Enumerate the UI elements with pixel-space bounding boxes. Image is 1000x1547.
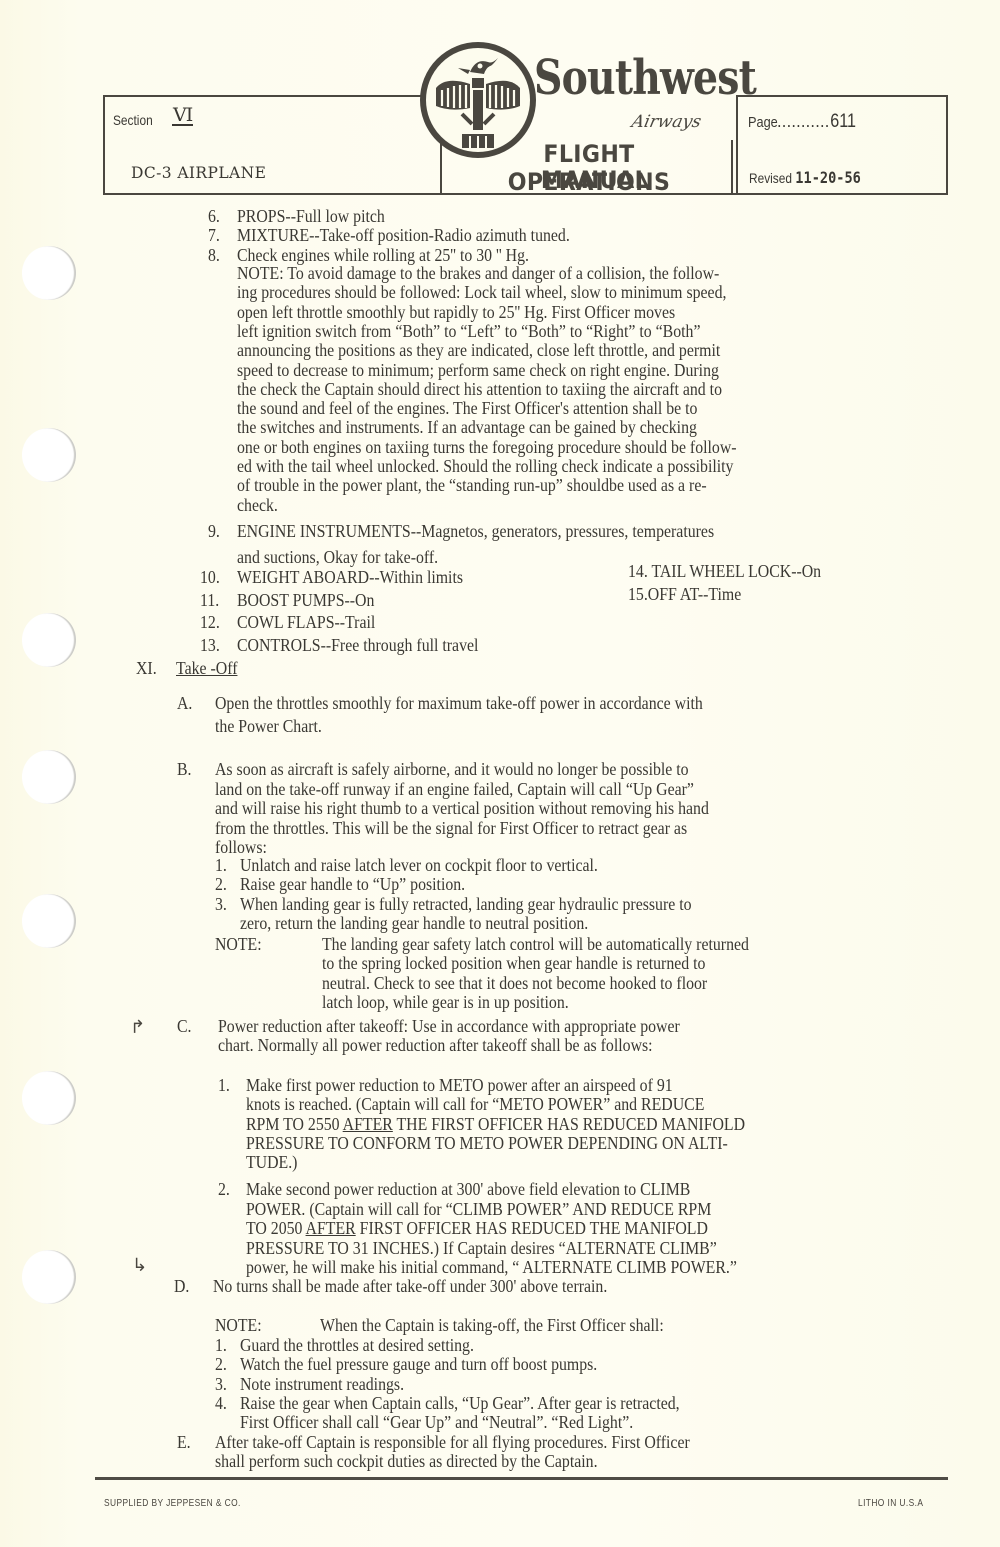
paragraph-line: Open the throttles smoothly for maximum … bbox=[215, 693, 703, 713]
checklist-note-line: ed with the tail wheel unlocked. Should … bbox=[237, 456, 733, 476]
checklist-item-number: 13. bbox=[200, 635, 220, 655]
section-number: VI bbox=[172, 106, 193, 126]
page-field: Page...........611 bbox=[748, 111, 856, 133]
step-line: Guard the throttles at desired setting. bbox=[240, 1335, 474, 1355]
step-number: 1. bbox=[215, 855, 227, 875]
checklist-item-number: 8. bbox=[208, 245, 220, 265]
paragraph-line: As soon as aircraft is safely airborne, … bbox=[215, 759, 689, 779]
step-line: Unlatch and raise latch lever on cockpit… bbox=[240, 855, 598, 875]
step-line: Watch the fuel pressure gauge and turn o… bbox=[240, 1354, 597, 1374]
paragraph-line: After take-off Captain is responsible fo… bbox=[215, 1432, 690, 1452]
checklist-item: COWL FLAPS--Trail bbox=[237, 612, 375, 632]
paragraph-letter: C. bbox=[177, 1016, 192, 1036]
brand-name: Southwest bbox=[534, 50, 756, 106]
checklist-item: 14. TAIL WHEEL LOCK--On bbox=[628, 561, 821, 581]
step-line: zero, return the landing gear handle to … bbox=[240, 913, 588, 933]
step-line: power, he will make his initial command,… bbox=[246, 1257, 737, 1277]
footer-print-note: LITHO IN U.S.A bbox=[858, 1497, 923, 1509]
step-line: First Officer shall call “Gear Up” and “… bbox=[240, 1412, 633, 1432]
paragraph-line: No turns shall be made after take-off un… bbox=[213, 1276, 607, 1296]
revision-arrow-end-icon: ↳ bbox=[132, 1255, 147, 1276]
revision-arrow-start-icon: ↱ bbox=[130, 1017, 145, 1038]
paragraph-line: land on the take-off runway if an engine… bbox=[215, 779, 694, 799]
checklist-item: Check engines while rolling at 25'' to 3… bbox=[237, 245, 529, 265]
checklist-note-line: the sound and feel of the engines. The F… bbox=[237, 398, 697, 418]
checklist-item-number: 7. bbox=[208, 225, 220, 245]
step-line: PRESSURE TO CONFORM TO METO POWER DEPEND… bbox=[246, 1133, 728, 1153]
paragraph-line: follows: bbox=[215, 837, 267, 857]
note-label: NOTE: bbox=[215, 1315, 262, 1335]
step-number: 2. bbox=[218, 1179, 230, 1199]
note-line: to the spring locked position when gear … bbox=[322, 953, 705, 973]
paragraph-letter: D. bbox=[174, 1276, 189, 1296]
step-line: Make first power reduction to METO power… bbox=[246, 1075, 673, 1095]
paragraph-line: from the throttles. This will be the sig… bbox=[215, 818, 687, 838]
section-title: Take -Off bbox=[176, 658, 237, 678]
step-line: Note instrument readings. bbox=[240, 1374, 404, 1394]
paragraph-line: shall perform such cockpit duties as dir… bbox=[215, 1451, 598, 1471]
step-number: 2. bbox=[215, 1354, 227, 1374]
checklist-note-line: one or both engines on taxiing turns the… bbox=[237, 437, 737, 457]
step-line: TO 2050 AFTER FIRST OFFICER HAS REDUCED … bbox=[246, 1218, 708, 1238]
punch-hole bbox=[22, 1071, 76, 1125]
step-line: knots is reached. (Captain will call for… bbox=[246, 1094, 704, 1114]
footer-supplier: SUPPLIED BY JEPPESEN & CO. bbox=[104, 1497, 241, 1509]
manual-title-line2: MANUAL bbox=[462, 166, 729, 194]
checklist-note-line: the switches and instruments. If an adva… bbox=[237, 417, 697, 437]
checklist-note-line: speed to decrease to minimum; perform sa… bbox=[237, 360, 719, 380]
footer-rule bbox=[95, 1477, 948, 1480]
step-line: POWER. (Captain will call for “CLIMB POW… bbox=[246, 1199, 711, 1219]
note-line: latch loop, while gear is in up position… bbox=[322, 992, 569, 1012]
checklist-item: BOOST PUMPS--On bbox=[237, 590, 374, 610]
step-line: When landing gear is fully retracted, la… bbox=[240, 894, 692, 914]
paragraph-letter: B. bbox=[177, 759, 192, 779]
brand-subtitle: Airways bbox=[630, 112, 703, 132]
step-number: 3. bbox=[215, 894, 227, 914]
checklist-item: and suctions, Okay for take-off. bbox=[237, 547, 438, 567]
checklist-item: ENGINE INSTRUMENTS--Magnetos, generators… bbox=[237, 521, 714, 541]
page-number: 611 bbox=[830, 111, 856, 132]
paragraph-line: Power reduction after takeoff: Use in ac… bbox=[218, 1016, 680, 1036]
punch-hole bbox=[22, 894, 76, 948]
paragraph-line: and will raise his right thumb to a vert… bbox=[215, 798, 709, 818]
revised-date: 11-20-56 bbox=[795, 168, 861, 187]
note-label: NOTE: bbox=[215, 934, 262, 954]
note-line: When the Captain is taking-off, the Firs… bbox=[320, 1315, 664, 1335]
checklist-item: WEIGHT ABOARD--Within limits bbox=[237, 567, 463, 587]
checklist-note-line: announcing the positions as they are ind… bbox=[237, 340, 720, 360]
step-line: PRESSURE TO 31 INCHES.) If Captain desir… bbox=[246, 1238, 717, 1258]
checklist-item: 15.OFF AT--Time bbox=[628, 584, 741, 604]
step-number: 2. bbox=[215, 874, 227, 894]
paragraph-line: chart. Normally all power reduction afte… bbox=[218, 1035, 653, 1055]
step-number: 1. bbox=[218, 1075, 230, 1095]
checklist-item: MIXTURE--Take-off position-Radio azimuth… bbox=[237, 225, 570, 245]
checklist-item: CONTROLS--Free through full travel bbox=[237, 635, 478, 655]
checklist-item: PROPS--Full low pitch bbox=[237, 206, 385, 226]
note-line: neutral. Check to see that it does not b… bbox=[322, 973, 707, 993]
checklist-note-line: open left throttle smoothly but rapidly … bbox=[237, 302, 675, 322]
checklist-item-number: 9. bbox=[208, 521, 220, 541]
step-line: RPM TO 2550 AFTER THE FIRST OFFICER HAS … bbox=[246, 1114, 745, 1134]
checklist-item-number: 6. bbox=[208, 206, 220, 226]
paragraph-letter: E. bbox=[177, 1432, 191, 1452]
checklist-item-number: 11. bbox=[200, 590, 219, 610]
checklist-note-line: ing procedures should be followed: Lock … bbox=[237, 282, 726, 302]
section-number: XI. bbox=[136, 658, 157, 678]
paragraph-letter: A. bbox=[177, 693, 192, 713]
checklist-note-line: the check the Captain should direct his … bbox=[237, 379, 722, 399]
punch-hole bbox=[22, 750, 76, 804]
punch-hole bbox=[22, 1250, 76, 1304]
punch-hole bbox=[22, 246, 76, 300]
step-number: 1. bbox=[215, 1335, 227, 1355]
step-number: 3. bbox=[215, 1374, 227, 1394]
paragraph-line: the Power Chart. bbox=[215, 716, 322, 736]
checklist-item-number: 12. bbox=[200, 612, 220, 632]
airplane-type: DC-3 AIRPLANE bbox=[131, 164, 266, 182]
step-line: Raise gear handle to “Up” position. bbox=[240, 874, 465, 894]
checklist-item-number: 10. bbox=[200, 567, 220, 587]
checklist-note-line: NOTE: To avoid damage to the brakes and … bbox=[237, 263, 719, 283]
punch-hole bbox=[22, 613, 76, 667]
section-label: Section bbox=[113, 112, 153, 128]
step-line: Raise the gear when Captain calls, “Up G… bbox=[240, 1393, 680, 1413]
step-line: Make second power reduction at 300' abov… bbox=[246, 1179, 690, 1199]
checklist-note-line: check. bbox=[237, 495, 278, 515]
punch-hole bbox=[22, 428, 76, 482]
checklist-note-line: of trouble in the power plant, the “stan… bbox=[237, 475, 707, 495]
step-line: TUDE.) bbox=[246, 1152, 297, 1172]
revised-field: Revised 11-20-56 bbox=[749, 168, 861, 187]
note-line: The landing gear safety latch control wi… bbox=[322, 934, 749, 954]
manual-page: Section VI DC-3 AIRPLANE Page...........… bbox=[0, 0, 1000, 1547]
checklist-note-line: left ignition switch from “Both” to “Lef… bbox=[237, 321, 701, 341]
step-number: 4. bbox=[215, 1393, 227, 1413]
